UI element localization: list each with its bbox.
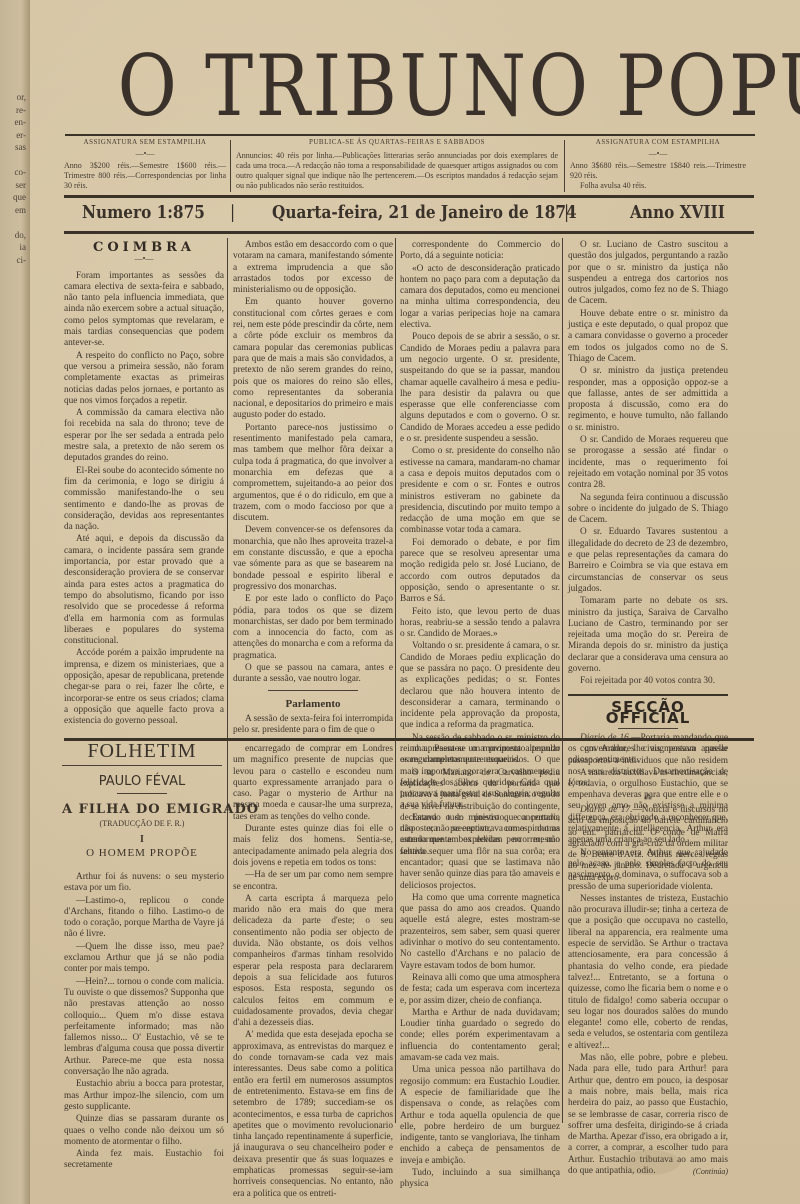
divider bbox=[268, 690, 358, 691]
paragraph: Reinava alli como que uma atmosphera de … bbox=[400, 973, 560, 1007]
ornament-icon: —•— bbox=[570, 149, 746, 159]
paragraph: Uma unica pessoa não partilhava do regos… bbox=[400, 1065, 560, 1167]
paragraph: Portanto parece-nos justissimo o resenti… bbox=[233, 423, 393, 525]
paragraph: Como o sr. presidente do conselho não es… bbox=[400, 446, 560, 536]
adjacent-page-text: ser bbox=[2, 180, 26, 191]
paragraph: O sr. ministro da justiça pretendeu resp… bbox=[568, 366, 728, 434]
article-coimbra-continued: Ambos estão em desaccordo com o que vota… bbox=[233, 240, 393, 736]
adjacent-page-text: ci- bbox=[2, 255, 26, 266]
paragraph: Feito isto, que levou perto de duas hora… bbox=[400, 607, 560, 641]
paragraph: Accóde porém a paixão imprudente na impr… bbox=[64, 648, 224, 727]
paper-stain bbox=[300, 1130, 380, 1160]
dateline: Numero 1:875 | Quarta-feira, 21 de Janei… bbox=[62, 200, 752, 226]
divider bbox=[618, 728, 678, 729]
paragraph: Durante estes quinze dias foi elle o mai… bbox=[233, 824, 393, 869]
folhetim-text: Arthur foi ás nuvens: o seu mysterio est… bbox=[64, 872, 224, 1172]
paragraph: Estava tudo previsto, concertado, dispos… bbox=[400, 813, 560, 892]
subscription-right-caption: ASSIGNATURA COM ESTAMPILHA bbox=[570, 137, 746, 147]
paragraph: A' medida que esta desejada epocha se ap… bbox=[233, 1030, 393, 1199]
header-rule bbox=[64, 195, 754, 198]
ornament-icon: —•— bbox=[64, 253, 224, 264]
paragraph: Na segunda feira continuou a discussão s… bbox=[568, 493, 728, 527]
divider bbox=[568, 694, 728, 696]
adjacent-page-text: er- bbox=[2, 130, 26, 141]
paper-stain bbox=[620, 1150, 680, 1175]
paragraph: Quinze dias se passaram durante os quaes… bbox=[64, 1114, 224, 1148]
folhetim-continued-2: encarregado de comprar em Londres um mag… bbox=[233, 744, 393, 1200]
subscription-left-caption: ASSIGNATURA SEM ESTAMPILHA bbox=[64, 137, 226, 147]
serial-author: PAULO FÉVAL bbox=[62, 774, 222, 789]
paragraph: Tomaram parte no debate os srs. ministro… bbox=[568, 596, 728, 675]
advertising-terms: Annuncios: 40 réis por linha.—Publicaçõe… bbox=[236, 151, 558, 191]
column-divider bbox=[227, 238, 228, 1123]
paragraph: O sr. Eduardo Tavares sustentou a illega… bbox=[568, 527, 728, 595]
paragraph: A respeito do conflicto no Paço, sobre q… bbox=[64, 351, 224, 407]
ornament-icon: —•— bbox=[64, 149, 226, 159]
paragraph: A carta escripta á marqueza pelo marido … bbox=[233, 894, 393, 1030]
paragraph: Pouco depois de se abrir a sessão, o sr.… bbox=[400, 332, 560, 445]
paragraph: Houve debate entre o sr. ministro da jus… bbox=[568, 309, 728, 365]
volume-year: Anno XVIII bbox=[630, 202, 725, 223]
newspaper-title: O TRIBUNO POPULAR bbox=[118, 40, 703, 132]
masthead: O TRIBUNO POPULAR bbox=[70, 40, 750, 132]
paragraph: No entanto era Arthur que, ajudado pelo … bbox=[568, 848, 728, 893]
adjacent-page-text: do, bbox=[2, 230, 26, 241]
paragraph: Ainda fez mais. Eustachio foi secretamen… bbox=[64, 1149, 224, 1172]
adjacent-page-text: en- bbox=[2, 117, 26, 128]
adjacent-page-text: co- bbox=[2, 167, 26, 178]
official-item-label: Diario de 16. bbox=[580, 733, 631, 743]
paragraph: Ha como que uma corrente magnetica que p… bbox=[400, 893, 560, 972]
adjacent-page-text: or, bbox=[2, 92, 26, 103]
paragraph: Nesses instantes de tristeza, Eustachio … bbox=[568, 894, 728, 1052]
paragraph: «O acto de desconsideração praticado hon… bbox=[400, 264, 560, 332]
adjacent-page-text: que bbox=[2, 192, 26, 203]
paragraph: encarregado de comprar em Londres um mag… bbox=[233, 744, 393, 823]
paragraph: —Lastimo-o, replicou o conde d'Archans, … bbox=[64, 896, 224, 941]
paragraph: Ambos estão em desaccordo com o que vota… bbox=[233, 240, 393, 296]
paragraph: Tudo, incluindo a sua similhança physica bbox=[400, 1168, 560, 1191]
paragraph: Foi rejeitada por 40 votos contra 30. bbox=[568, 676, 728, 687]
column-divider bbox=[564, 140, 565, 192]
paragraph: correspondente do Commercio do Porto, dá… bbox=[400, 240, 560, 263]
paragraph: O sr. Luciano de Castro suscitou a quest… bbox=[568, 240, 728, 308]
adjacent-page-text: ia bbox=[2, 242, 26, 253]
paragraph: A sessão de sexta-feira foi interrompida… bbox=[233, 714, 393, 737]
paragraph: Até aqui, e depois da discussão da camar… bbox=[64, 534, 224, 647]
divider-glyph: | bbox=[230, 202, 235, 223]
divider bbox=[117, 793, 167, 794]
folhetim-continued-4: com Arthur, lhe augmentava aquelle odios… bbox=[568, 744, 728, 1178]
dateline-rule bbox=[64, 231, 754, 234]
adjacent-page-edge: or,re-en-er-sasco-serqueemdo,iaci- bbox=[0, 0, 30, 1204]
chapter-title: O HOMEM PROPÕE bbox=[62, 847, 222, 859]
adjacent-page-text: em bbox=[2, 205, 26, 216]
column-divider bbox=[395, 238, 396, 1123]
folhetim-section-title: FOLHETIM bbox=[62, 740, 222, 763]
paragraph: A natureza auxiliava as circumstancias, … bbox=[568, 768, 728, 847]
article-coimbra: COIMBRA —•— Foram importantes as sessões… bbox=[64, 240, 224, 727]
issue-number: Numero 1:875 bbox=[82, 202, 205, 223]
subscription-center: PUBLICA-SE ÁS QUARTAS-FEIRAS E SABBADOS … bbox=[236, 137, 558, 192]
paragraph: Em quanto houver governo constitucional … bbox=[233, 297, 393, 421]
paragraph: A commissão da camara electiva não foi r… bbox=[64, 408, 224, 464]
paragraph: Foram importantes as sessões da camara e… bbox=[64, 271, 224, 350]
subscription-right: ASSIGNATURA COM ESTAMPILHA —•— Anno 3$68… bbox=[570, 137, 746, 192]
translation-credit: (TRADUCÇÃO DE F. R.) bbox=[62, 819, 222, 828]
part-number: I bbox=[62, 834, 222, 845]
serial-title: A FILHA DO EMIGRADO bbox=[62, 802, 222, 817]
subscription-left-text: Anno 3$200 réis.—Semestre 1$600 réis.—Tr… bbox=[64, 161, 226, 191]
paragraph: O que se passou na camara, antes e duran… bbox=[233, 663, 393, 686]
divider-glyph: | bbox=[564, 202, 569, 223]
paragraph: —Quem lhe disse isso, meu pae? exclamou … bbox=[64, 942, 224, 976]
paragraph: Arthur foi ás nuvens: o seu mysterio est… bbox=[64, 872, 224, 895]
folhetim-continued-3: nha. Passa-se o movimento popular eram c… bbox=[400, 744, 560, 1191]
paragraph: Eustachio abriu a bocca para protestar, … bbox=[64, 1079, 224, 1113]
article-heading: COIMBRA bbox=[64, 242, 224, 253]
paragraph: O sr. Candido de Moraes requereu que se … bbox=[568, 435, 728, 491]
section-heading-official: SECÇÃO OFFICIAL bbox=[568, 702, 728, 725]
paragraph: com Arthur, lhe augmentava aquelle odios… bbox=[568, 744, 728, 767]
paragraph: —Hein?... tornou o conde com malicia. Tu… bbox=[64, 977, 224, 1079]
paragraph: —Ha de ser um par como nem sempre se enc… bbox=[233, 870, 393, 893]
paragraph: Foi demorado o debate, e por fim parece … bbox=[400, 538, 560, 606]
subscription-left: ASSIGNATURA SEM ESTAMPILHA —•— Anno 3$20… bbox=[64, 137, 226, 192]
issue-date: Quarta-feira, 21 de Janeiro de 1874 bbox=[272, 202, 577, 223]
adjacent-page-text: re- bbox=[2, 105, 26, 116]
adjacent-page-text: sas bbox=[2, 142, 26, 153]
folhetim-header: FOLHETIM PAULO FÉVAL A FILHA DO EMIGRADO… bbox=[62, 740, 222, 859]
paragraph: E por este lado o conflicto do Paço pódi… bbox=[233, 594, 393, 662]
column-divider bbox=[562, 238, 563, 1123]
subheading-parlamento: Parlamento bbox=[233, 699, 393, 710]
publication-days: PUBLICA-SE ÁS QUARTAS-FEIRAS E SABBADOS bbox=[236, 137, 558, 147]
paragraph: Voltando o sr. presidente á camara, o sr… bbox=[400, 641, 560, 731]
paragraph: Martha e Arthur de nada duvidavam; Loudi… bbox=[400, 1008, 560, 1064]
subscription-right-text: Anno 3$680 réis.—Semestre 1$840 reis.—Tr… bbox=[570, 161, 746, 181]
column-divider bbox=[230, 140, 231, 192]
paragraph: Devem convencer-se os defensores da mona… bbox=[233, 525, 393, 593]
single-issue-price: Folha avulsa 40 réis. bbox=[570, 181, 746, 191]
masthead-rule bbox=[65, 134, 755, 136]
paragraph: nha. Passa-se o movimento popular eram c… bbox=[400, 744, 560, 812]
paragraph: El-Rei soube do acontecido sómente no fi… bbox=[64, 466, 224, 534]
